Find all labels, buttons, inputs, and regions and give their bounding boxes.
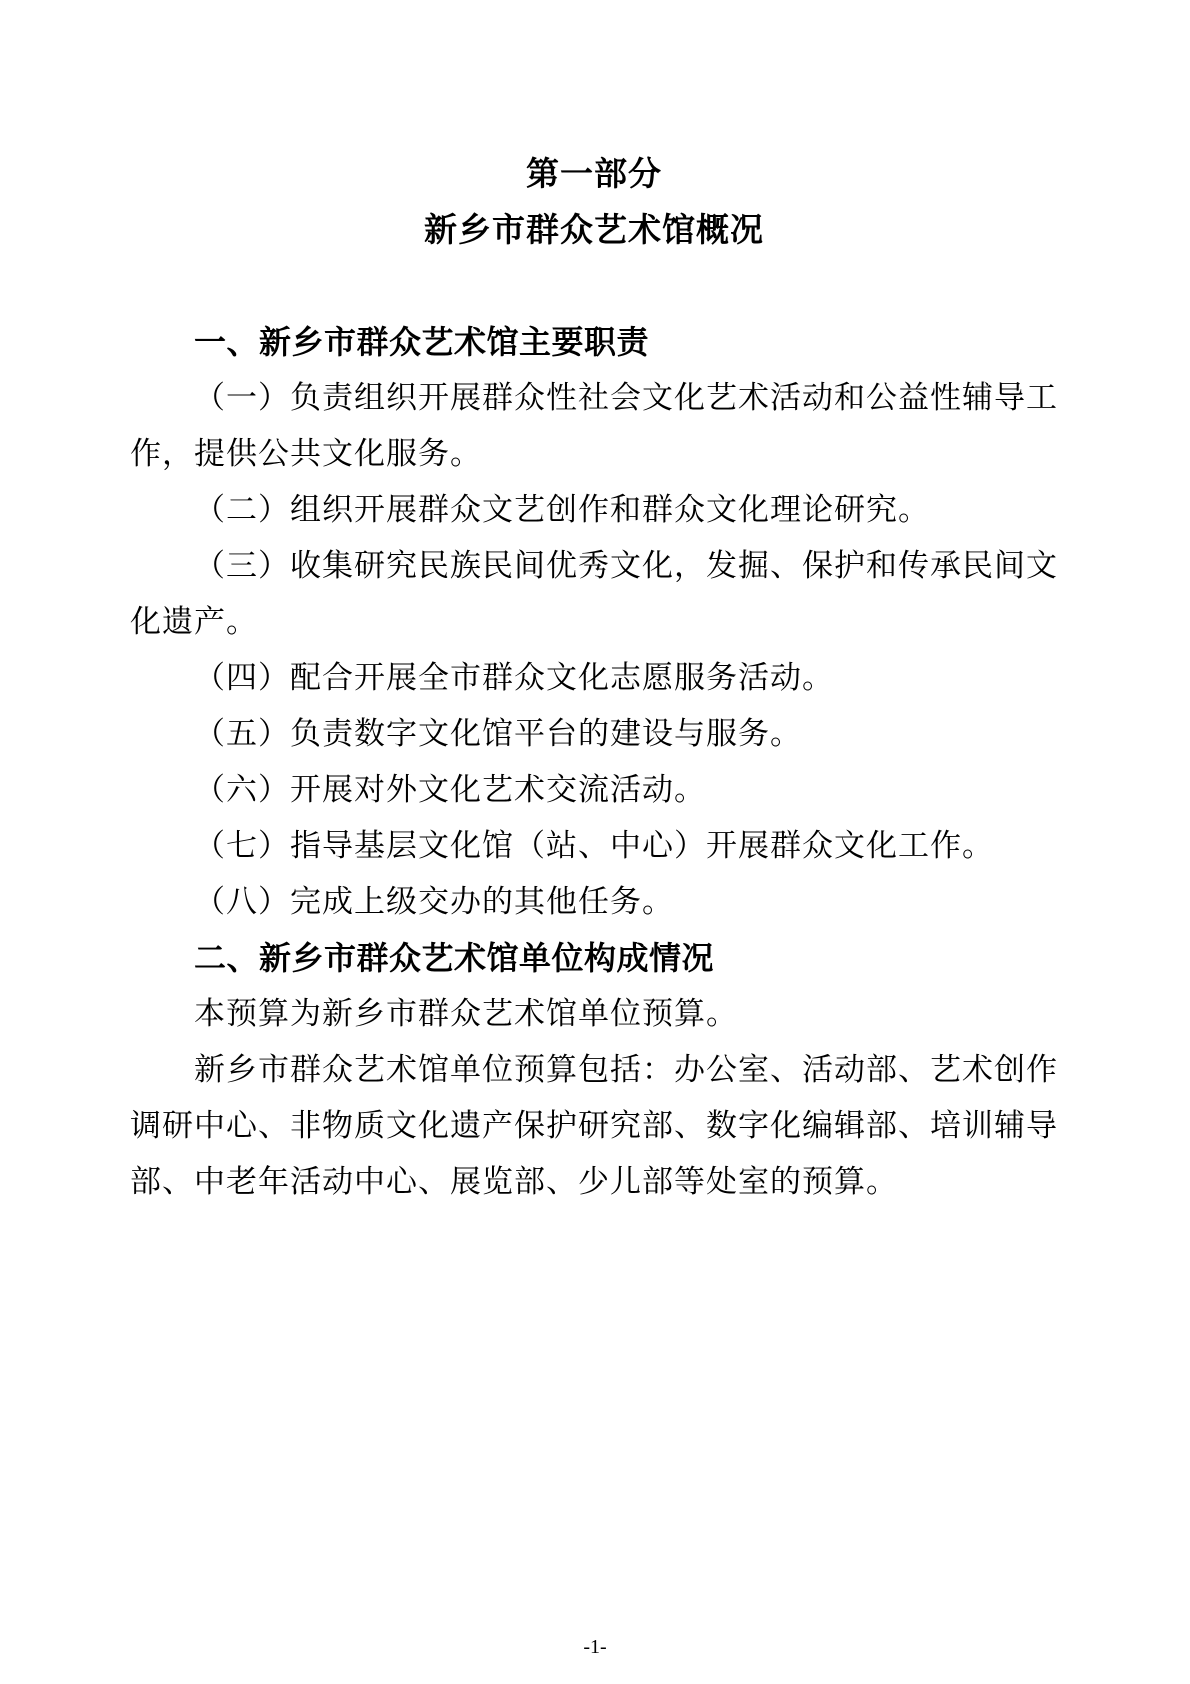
section-1-paragraph-7: （七）指导基层文化馆（站、中心）开展群众文化工作。 [130, 818, 1058, 874]
document-page: 第一部分 新乡市群众艺术馆概况 一、新乡市群众艺术馆主要职责 （一）负责组织开展… [0, 0, 1190, 1684]
section-1-heading: 一、新乡市群众艺术馆主要职责 [130, 314, 1058, 370]
page-number: -1- [0, 1636, 1190, 1659]
section-1-paragraph-5: （五）负责数字文化馆平台的建设与服务。 [130, 706, 1058, 762]
section-2-paragraph-1: 本预算为新乡市群众艺术馆单位预算。 [130, 986, 1058, 1042]
section-2-heading: 二、新乡市群众艺术馆单位构成情况 [130, 930, 1058, 986]
section-1-paragraph-3: （三）收集研究民族民间优秀文化，发掘、保护和传承民间文化遗产。 [130, 538, 1058, 650]
section-2-paragraph-2: 新乡市群众艺术馆单位预算包括：办公室、活动部、艺术创作调研中心、非物质文化遗产保… [130, 1042, 1058, 1210]
section-1-paragraph-2: （二）组织开展群众文艺创作和群众文化理论研究。 [130, 482, 1058, 538]
doc-title-part: 第一部分 [130, 146, 1058, 202]
section-1-paragraph-8: （八）完成上级交办的其他任务。 [130, 874, 1058, 930]
doc-title-name: 新乡市群众艺术馆概况 [130, 202, 1058, 258]
section-1-paragraph-4: （四）配合开展全市群众文化志愿服务活动。 [130, 650, 1058, 706]
section-1-paragraph-1: （一）负责组织开展群众性社会文化艺术活动和公益性辅导工作，提供公共文化服务。 [130, 370, 1058, 482]
section-1-paragraph-6: （六）开展对外文化艺术交流活动。 [130, 762, 1058, 818]
title-gap [130, 258, 1058, 314]
